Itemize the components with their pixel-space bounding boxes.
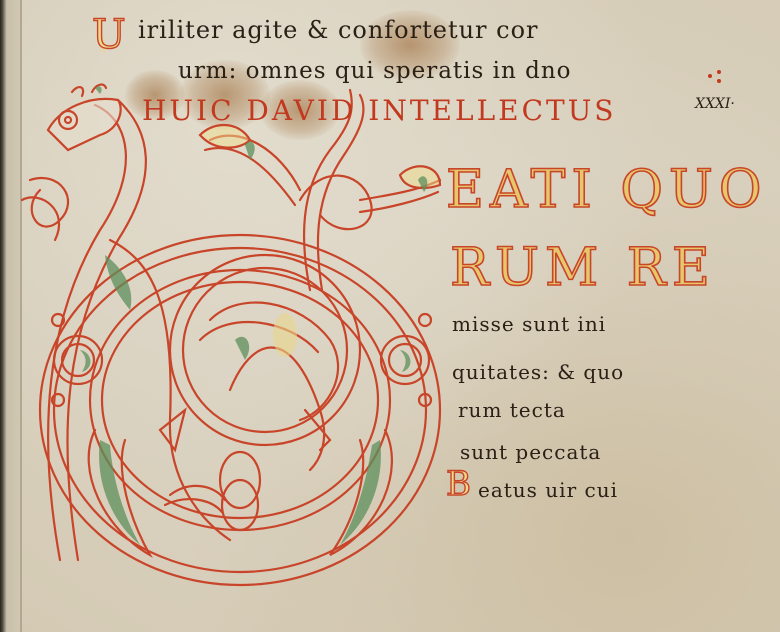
initial-b-small: B <box>446 464 471 504</box>
body-line-3: rum tecta <box>458 398 566 422</box>
rubric-title: HUIC DAVID INTELLECTUS <box>142 94 617 127</box>
body-line-1: misse sunt ini <box>452 312 606 336</box>
initial-u: U <box>92 12 126 58</box>
text-line-1: iriliter agite & confortetur cor <box>138 16 539 44</box>
display-capitals-line-2: RUM RE <box>450 238 716 298</box>
display-capitals-line-1: EATI QUO <box>446 160 768 220</box>
body-line-4: sunt peccata <box>460 440 601 464</box>
psalm-number: XXXI· <box>695 96 735 112</box>
text-line-2: urm: omnes qui speratis in dno <box>178 58 572 84</box>
manuscript-page: U iriliter agite & confortetur cor urm: … <box>0 0 780 632</box>
body-line-5: eatus uir cui <box>478 478 618 502</box>
body-line-2: quitates: & quo <box>452 360 624 384</box>
